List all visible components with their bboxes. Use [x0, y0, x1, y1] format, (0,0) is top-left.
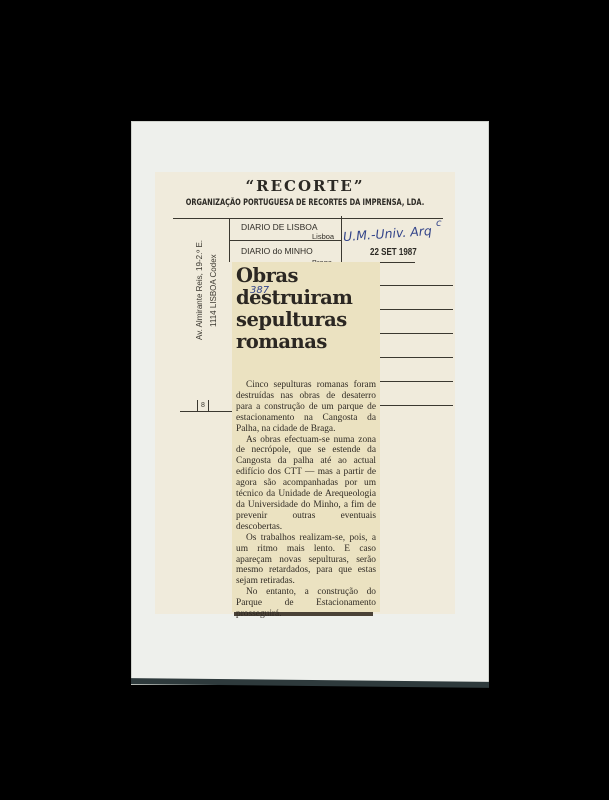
form-line: [380, 405, 453, 406]
paragraph: No entanto, a construção do Parque de Es…: [236, 587, 376, 620]
form-line: [380, 333, 453, 334]
clipping-headline: Obras destruiram sepulturas romanas: [236, 265, 352, 353]
form-title: “RECORTE”: [155, 177, 455, 195]
source-city: Lisboa: [312, 232, 334, 241]
handwritten-number: 387: [250, 285, 269, 296]
handwritten-note: U.M.-Univ. Arq: [343, 223, 433, 244]
form-line: [380, 285, 453, 286]
address-line: 1114 LISBOA Codex: [209, 254, 218, 327]
form-line: [380, 381, 453, 382]
form-line: [380, 309, 453, 310]
source-name: DIARIO DE LISBOA: [241, 222, 318, 232]
headline-line: sepulturas: [236, 309, 352, 331]
paragraph: As obras efectuam-se numa zona de necróp…: [236, 435, 376, 533]
date-stamp: 22 SET 1987: [370, 247, 417, 258]
form-line: [380, 357, 453, 358]
headline-line: Obras: [236, 265, 352, 287]
clipping-body: Cinco sepulturas romanas foram destruída…: [236, 380, 376, 620]
handwritten-mark: c: [436, 218, 442, 229]
address-line: Av. Almirante Reis, 19-2.º E.: [195, 240, 204, 340]
box-number: 8: [197, 400, 209, 412]
form-subtitle: ORGANIZAÇÃO PORTUGUESA DE RECORTES DA IM…: [176, 198, 434, 208]
source-name: DIARIO do MINHO: [241, 246, 313, 256]
headline-line: romanas: [236, 331, 352, 353]
paragraph: Cinco sepulturas romanas foram destruída…: [236, 380, 376, 435]
paragraph: Os trabalhos realizam-se, pois, a um rit…: [236, 533, 376, 588]
form-line: [343, 218, 443, 219]
